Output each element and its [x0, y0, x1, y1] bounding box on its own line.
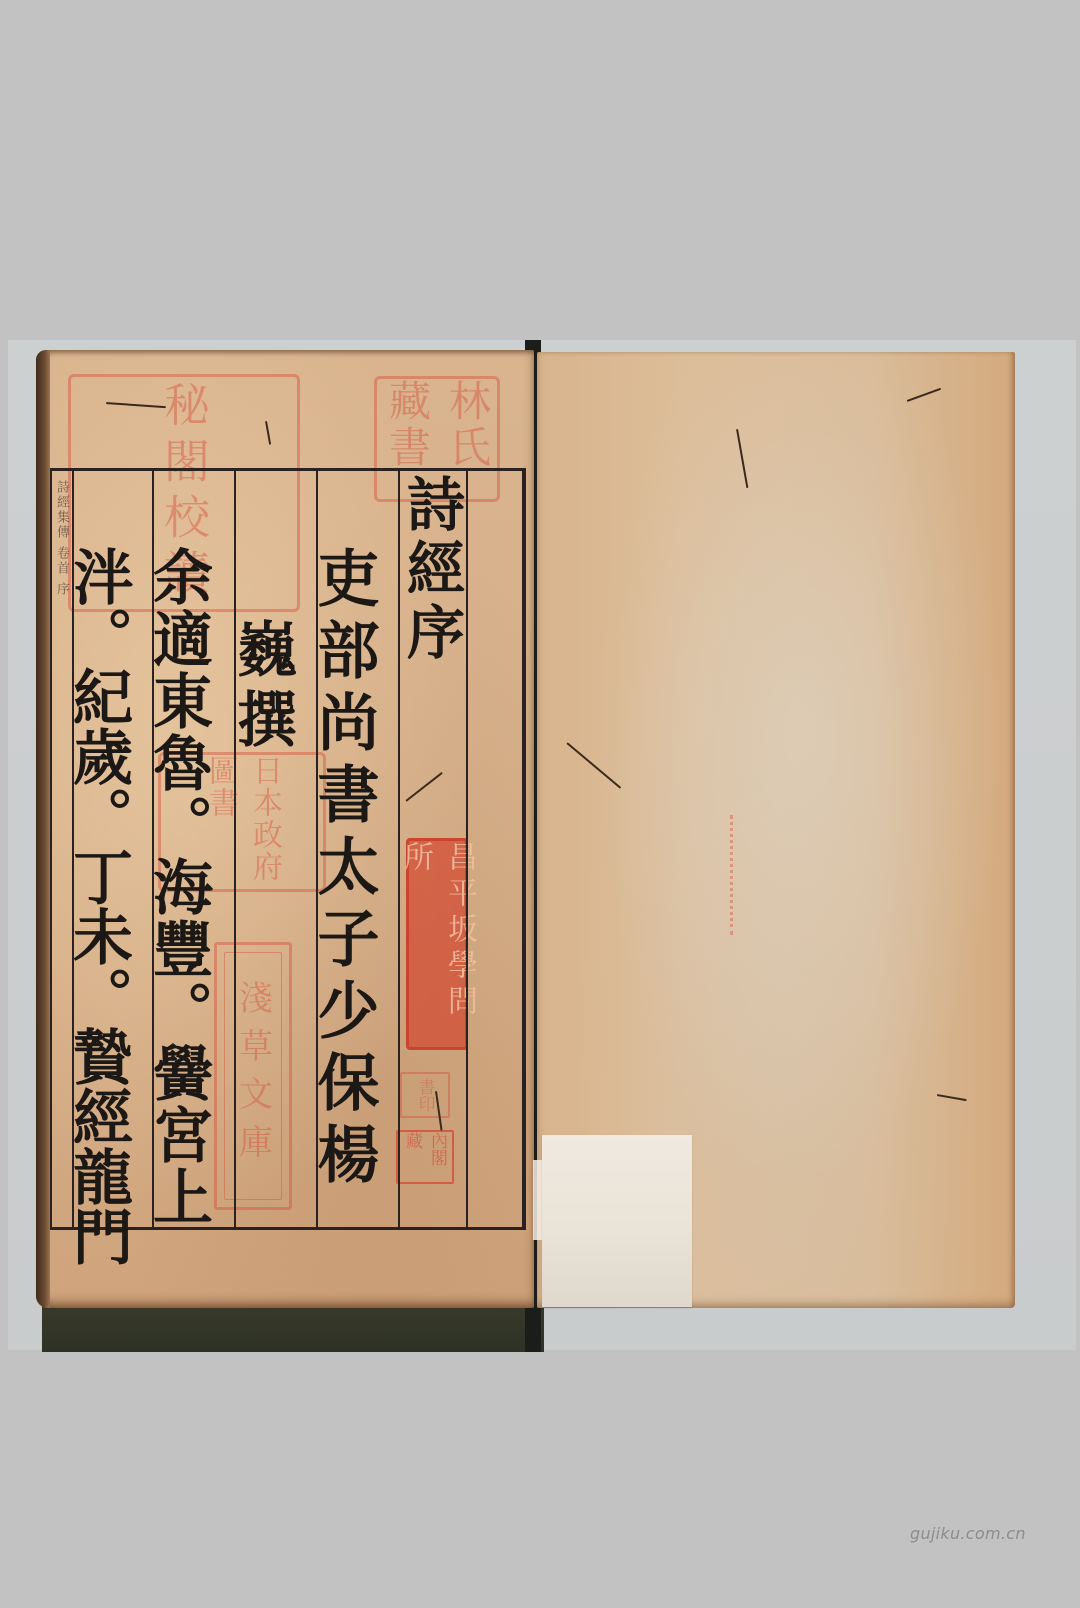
left-page: 秘閣校讀 林氏藏書 日本政府圖書 淺草文庫 昌平坂學問所 書印 內閣藏 詩經集傳…: [36, 350, 534, 1308]
column-rule: [466, 471, 468, 1227]
page-edge: [36, 350, 50, 1308]
seal-show-through: [730, 815, 873, 935]
title-column: 詩經序: [402, 474, 460, 666]
body-column-1: 余適東魯。海豐。黌宮上: [148, 546, 208, 1228]
paper-repair-patch: [542, 1135, 692, 1307]
author-name-column: 巍撰: [232, 618, 292, 758]
paper-crack: [566, 742, 621, 789]
author-line-column: 吏部尚書太子少保楊: [312, 546, 374, 1194]
watermark: gujiku.com.cn: [910, 1524, 1026, 1543]
body-column-2: 泮。紀歲。丁未。贄經龍門: [68, 546, 128, 1266]
paper-crack: [907, 388, 942, 402]
paper-crack: [736, 429, 748, 488]
column-rule: [234, 471, 236, 1227]
paper-crack: [937, 1094, 967, 1101]
